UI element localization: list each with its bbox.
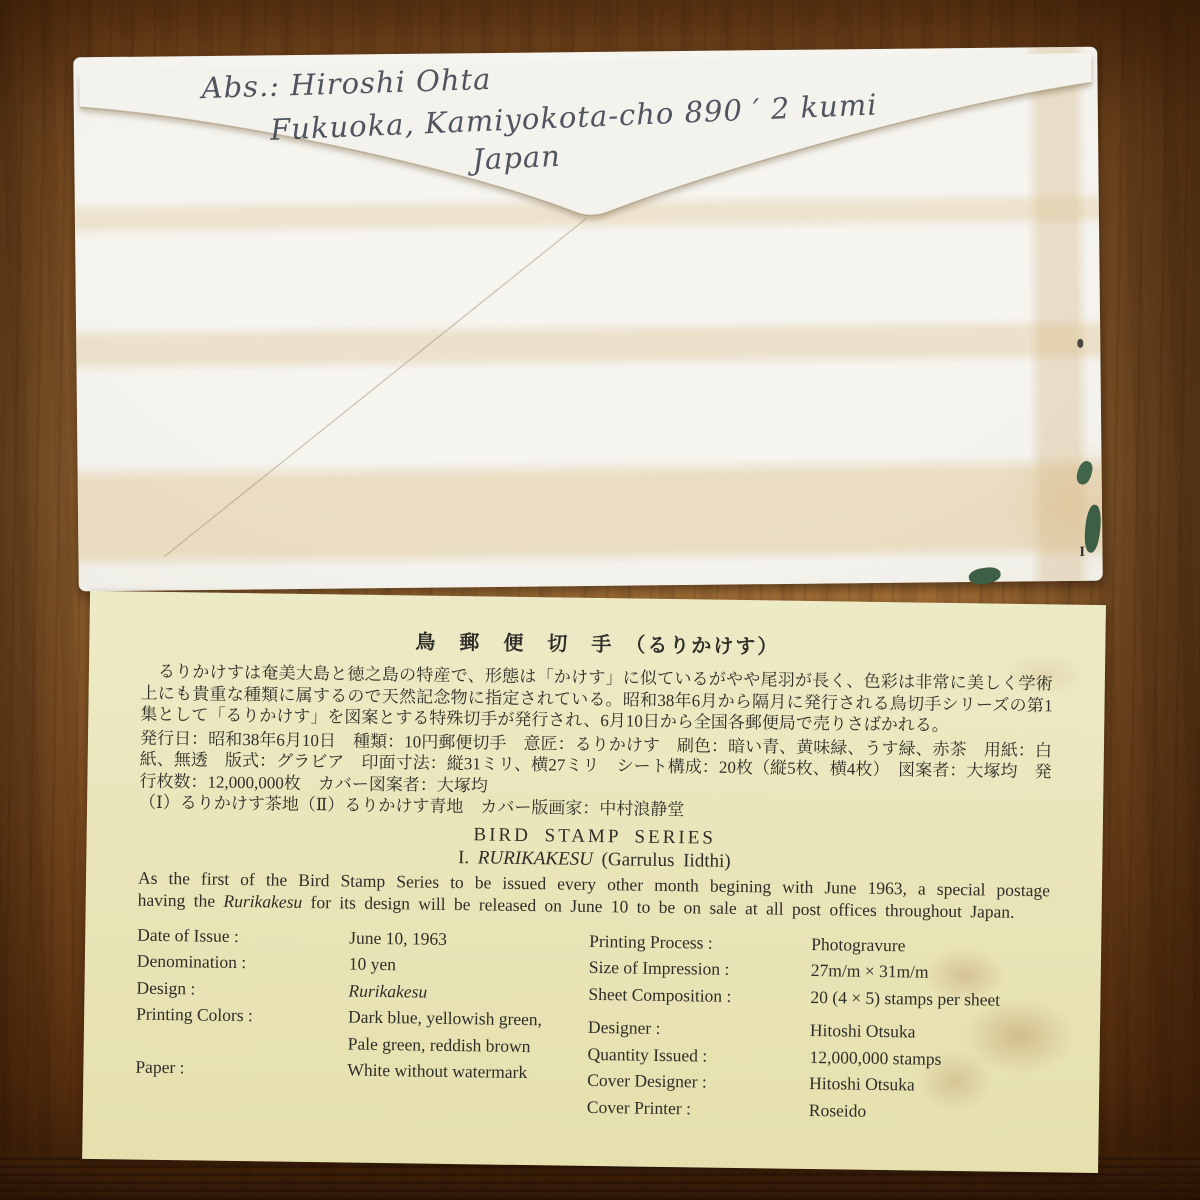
table-right-column: Printing Process :Photogravure Size of I… [587, 927, 1050, 1126]
stamp-data-table: Date of Issue :June 10, 1963 Denominatio… [135, 921, 1050, 1126]
envelope-back: Abs.: Hiroshi Ohta Fukuoka, Kamiyokota-c… [73, 47, 1103, 592]
printed-edge-mark: I [1079, 545, 1085, 561]
table-row: Printing Colors :Dark blue, yellowish gr… [136, 1001, 589, 1060]
table-row: Sheet Composition :20 (4 × 5) stamps per… [588, 980, 1048, 1013]
series-latin-name: (Garrulus Iidthi) [593, 848, 731, 871]
series-number: I. [458, 847, 478, 868]
return-address-line3: Japan [472, 139, 562, 177]
green-ink-mark [1077, 339, 1083, 348]
japanese-description-paragraph: るりかけすは奄美大島と徳之島の特産で、形態は「かけす」に似ているがやや尾羽が長く… [140, 661, 1053, 738]
table-row: Paper :White without watermark [135, 1054, 587, 1087]
table-row: Cover Printer :Roseido [587, 1093, 1047, 1126]
table-left-column: Date of Issue :June 10, 1963 Denominatio… [135, 921, 590, 1120]
series-bird-name: RURIKAKESU [478, 847, 593, 870]
card-title-japanese: 鳥 郵 便 切 手 （るりかけす） [141, 622, 1053, 664]
bird-name-italic: Rurikakesu [223, 891, 302, 912]
info-card: 鳥 郵 便 切 手 （るりかけす） るりかけすは奄美大島と徳之島の特産で、形態は… [82, 591, 1106, 1173]
photo-scene: Abs.: Hiroshi Ohta Fukuoka, Kamiyokota-c… [0, 0, 1200, 1200]
